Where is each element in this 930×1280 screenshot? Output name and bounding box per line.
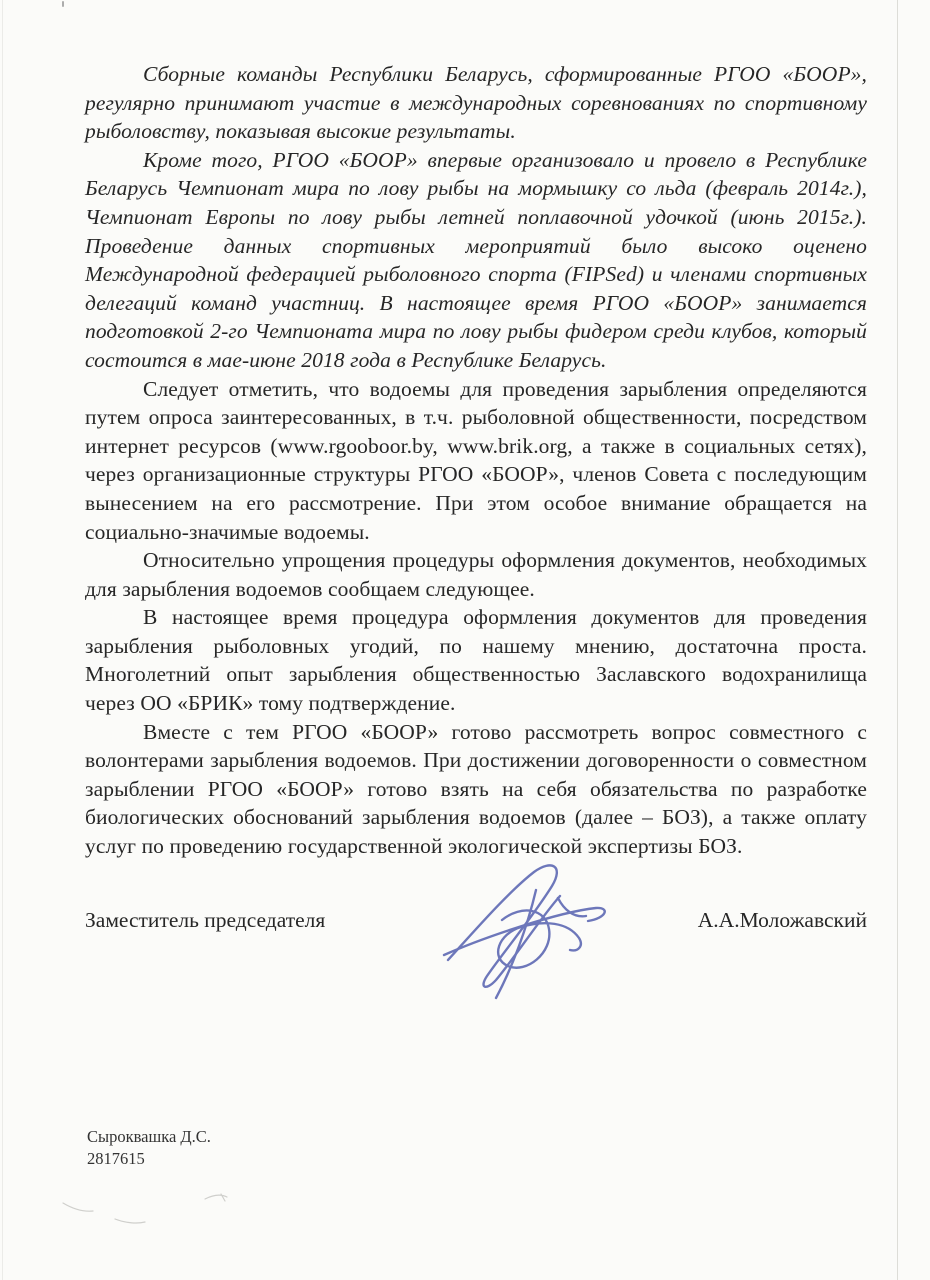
paragraph-championships: Кроме того, РГОО «БООР» впервые организо… [85,146,867,375]
signature-block: Заместитель председателя А.А.Моложавский [85,908,867,933]
scan-speck-artifact [62,1,64,7]
executor-name: Сыроквашка Д.С. [87,1126,211,1148]
paragraph-current-procedure: В настоящее время процедура оформления д… [85,603,867,717]
paragraph-procedure-simplification: Относительно упрощения процедуры оформле… [85,546,867,603]
executor-block: Сыроквашка Д.С. 2817615 [87,1126,211,1169]
letter-body: Сборные команды Республики Беларусь, сфо… [85,60,867,861]
signer-name: А.А.Моложавский [698,908,867,933]
paragraph-joint-stocking: Вместе с тем РГОО «БООР» готово рассмотр… [85,718,867,861]
signer-title: Заместитель председателя [85,908,325,933]
scanned-letter-page: Сборные команды Республики Беларусь, сфо… [0,0,930,1280]
paragraph-teams-results: Сборные команды Республики Беларусь, сфо… [85,60,867,146]
executor-phone: 2817615 [87,1148,211,1170]
scan-edge-line-right [897,0,898,1280]
paragraph-waterbody-selection: Следует отметить, что водоемы для провед… [85,375,867,547]
pencil-mark-artifact [55,1185,375,1230]
scan-edge-line-left [2,0,3,1280]
